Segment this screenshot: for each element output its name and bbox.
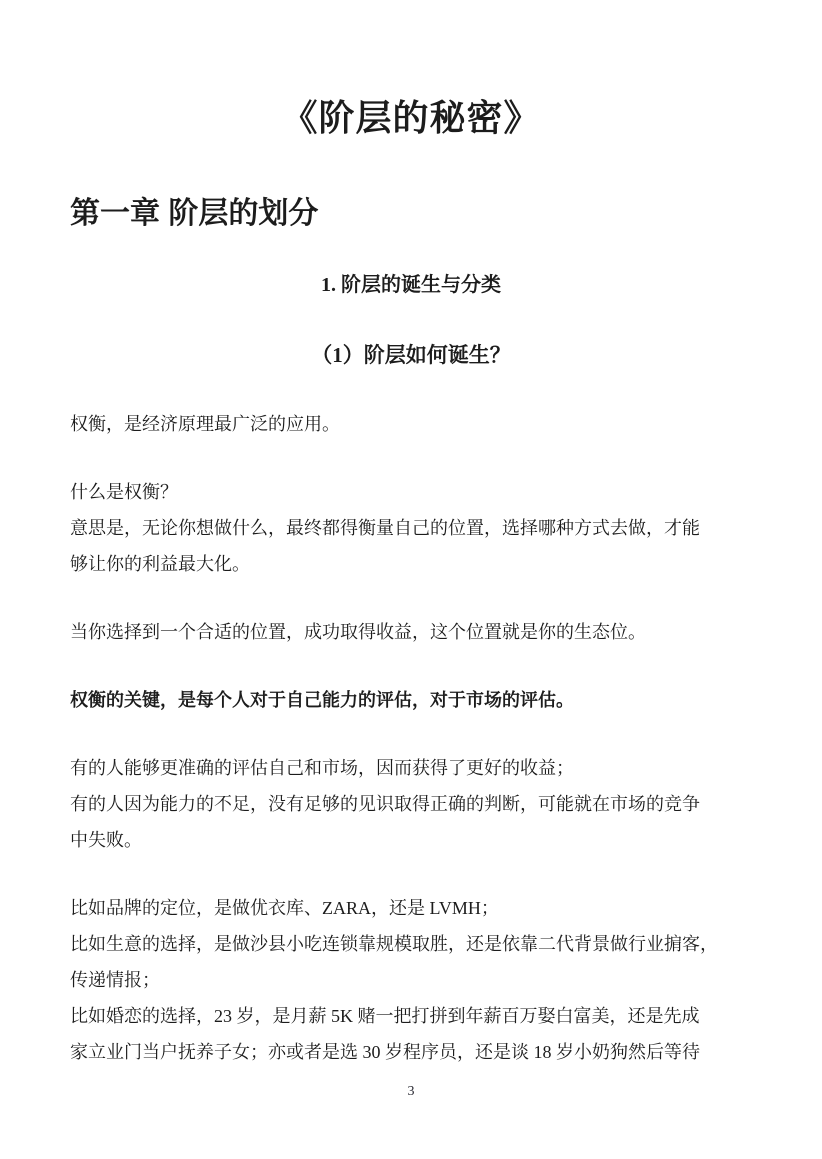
text-line: 有的人因为能力的不足，没有足够的见识取得正确的判断，可能就在市场的竞争 — [70, 786, 753, 822]
text-line: 什么是权衡？ — [70, 474, 753, 510]
document-body: 权衡，是经济原理最广泛的应用。什么是权衡？意思是，无论你想做什么，最终都得衡量自… — [70, 406, 753, 1070]
subsection-heading: （1）阶层如何诞生？ — [0, 341, 822, 369]
paragraph: 比如品牌的定位，是做优衣库、ZARA，还是 LVMH；比如生意的选择，是做沙县小… — [70, 890, 753, 1070]
paragraph: 当你选择到一个合适的位置，成功取得收益，这个位置就是你的生态位。 — [70, 614, 753, 650]
paragraph: 有的人能够更准确的评估自己和市场，因而获得了更好的收益；有的人因为能力的不足，没… — [70, 750, 753, 858]
document-page: 《阶层的秘密》 第一章 阶层的划分 1. 阶层的诞生与分类 （1）阶层如何诞生？… — [0, 0, 822, 1159]
text-line: 有的人能够更准确的评估自己和市场，因而获得了更好的收益； — [70, 750, 753, 786]
text-line: 比如婚恋的选择，23 岁，是月薪 5K 赌一把打拼到年薪百万娶白富美，还是先成 — [70, 998, 753, 1034]
text-line: 够让你的利益最大化。 — [70, 546, 753, 582]
text-line: 当你选择到一个合适的位置，成功取得收益，这个位置就是你的生态位。 — [70, 614, 753, 650]
paragraph: 什么是权衡？意思是，无论你想做什么，最终都得衡量自己的位置，选择哪种方式去做，才… — [70, 474, 753, 582]
text-line: 传递情报； — [70, 962, 753, 998]
text-line: 权衡的关键，是每个人对于自己能力的评估，对于市场的评估。 — [70, 682, 753, 718]
text-line: 中失败。 — [70, 822, 753, 858]
text-line: 家立业门当户抚养子女；亦或者是选 30 岁程序员，还是谈 18 岁小奶狗然后等待 — [70, 1034, 753, 1070]
chapter-heading: 第一章 阶层的划分 — [0, 193, 822, 235]
text-line: 意思是，无论你想做什么，最终都得衡量自己的位置，选择哪种方式去做，才能 — [70, 510, 753, 546]
text-line: 权衡，是经济原理最广泛的应用。 — [70, 406, 753, 442]
document-title: 《阶层的秘密》 — [0, 95, 822, 141]
paragraph: 权衡的关键，是每个人对于自己能力的评估，对于市场的评估。 — [70, 682, 753, 718]
text-line: 比如生意的选择，是做沙县小吃连锁靠规模取胜，还是依靠二代背景做行业掮客， — [70, 926, 753, 962]
paragraph: 权衡，是经济原理最广泛的应用。 — [70, 406, 753, 442]
page-number: 3 — [0, 1082, 822, 1102]
text-line: 比如品牌的定位，是做优衣库、ZARA，还是 LVMH； — [70, 890, 753, 926]
section-heading: 1. 阶层的诞生与分类 — [0, 271, 822, 299]
